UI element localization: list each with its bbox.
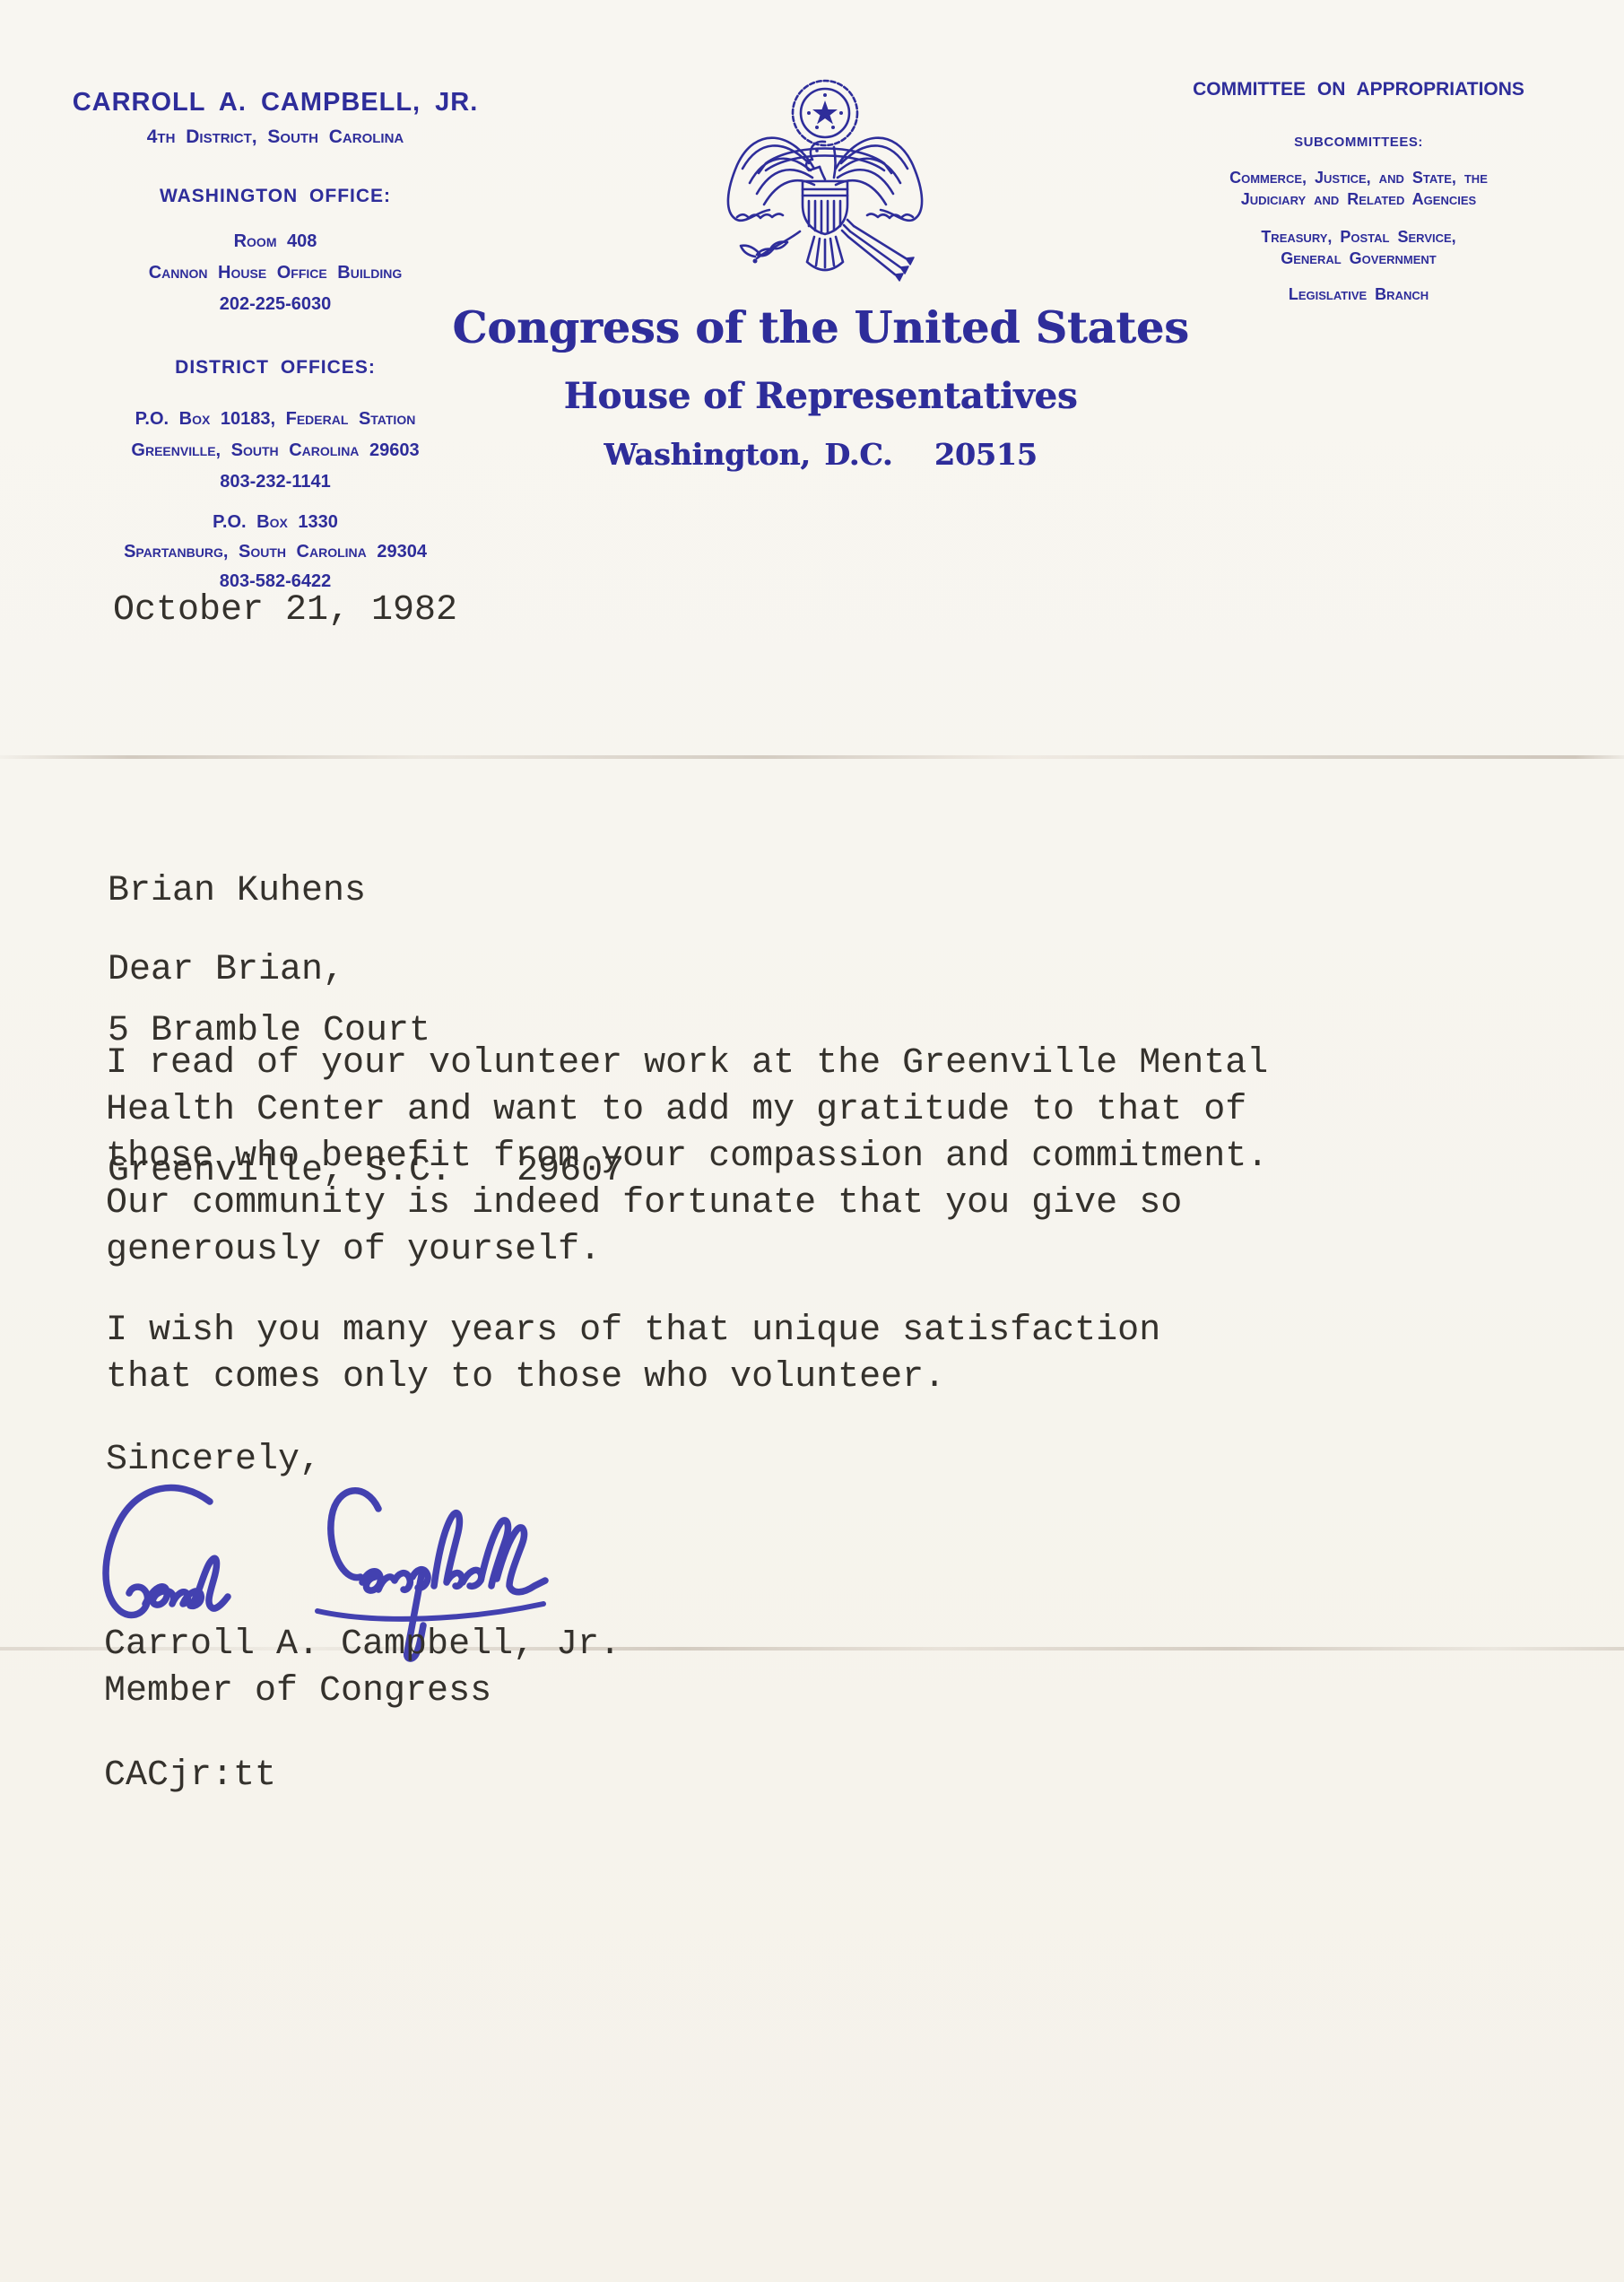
signer-title: Member of Congress [104,1668,491,1715]
chamber-title: House of Representatives [363,375,1278,417]
fold-crease-top [0,755,1624,759]
committee-name: COMMITTEE ON APPROPRIATIONS [1096,79,1621,100]
subcommittee-treasury: Treasury, Postal Service, General Govern… [1096,226,1621,269]
district-office-spartanburg: P.O. Box 1330 Spartanburg, South Carolin… [47,508,504,597]
body-paragraph-2: I wish you many years of that unique sat… [106,1308,1160,1401]
recipient-name: Brian Kuhens [108,868,624,915]
congress-title: Congress of the United States [363,301,1278,353]
body-paragraph-1: I read of your volunteer work at the Gre… [106,1041,1268,1274]
letter-date: October 21, 1982 [113,588,457,634]
member-name: CARROLL A. CAMPBELL, JR. [47,88,504,118]
subcommittees-heading: SUBCOMMITTEES: [1096,135,1621,150]
salutation: Dear Brian, [108,947,344,994]
city-line: Washington, D.C. 20515 [363,437,1278,472]
reference-initials: CACjr:tt [104,1753,276,1799]
washington-office-heading: WASHINGTON OFFICE: [47,186,504,207]
scanned-letter-page: CARROLL A. CAMPBELL, JR. 4th District, S… [0,0,1624,2282]
great-seal-icon [714,75,936,301]
member-district: 4th District, South Carolina [47,126,504,148]
subcommittee-commerce: Commerce, Justice, and State, the Judici… [1096,167,1621,210]
signer-typed-name: Carroll A. Campbell, Jr. [104,1622,621,1668]
